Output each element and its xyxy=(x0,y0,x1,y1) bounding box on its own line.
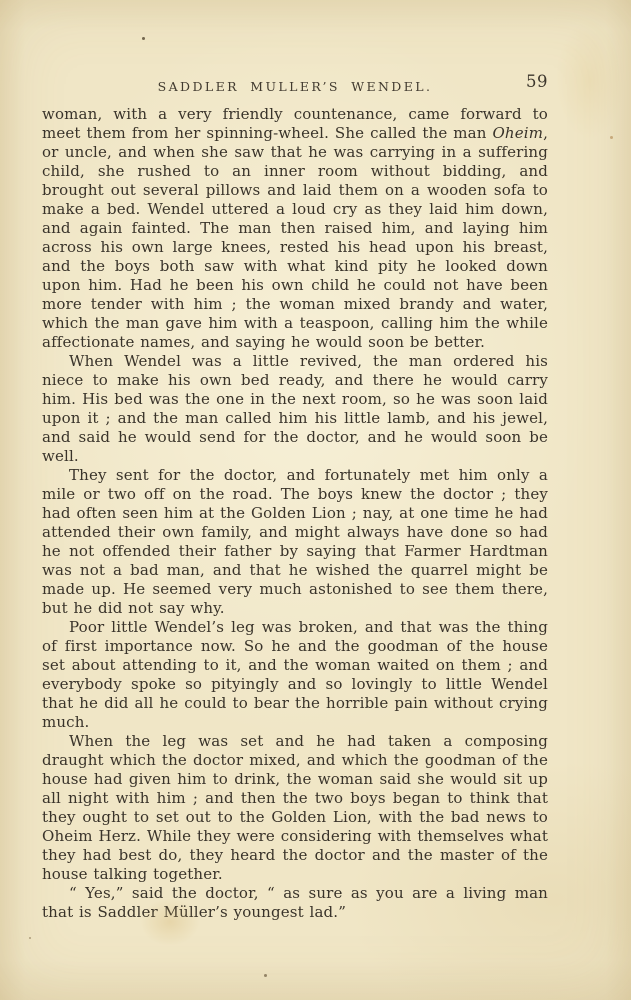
text-run: Poor little Wendel’s leg was broken, and… xyxy=(42,618,548,731)
running-title: SADDLER MULLER’S WENDEL. xyxy=(158,79,433,94)
italic-text: Oheim xyxy=(492,124,543,142)
text-run: “ Yes,” said the doctor, “ as sure as yo… xyxy=(42,884,548,921)
paper-speck xyxy=(142,37,145,40)
text-run: , or uncle, and when she saw that he was… xyxy=(42,124,548,351)
text-run: woman, with a very friendly countenance,… xyxy=(42,105,548,142)
book-page: SADDLER MULLER’S WENDEL. 59 woman, with … xyxy=(0,0,631,1000)
page-header: SADDLER MULLER’S WENDEL. 59 xyxy=(42,76,548,95)
paragraph: When Wendel was a little revived, the ma… xyxy=(42,352,548,466)
paragraph: Poor little Wendel’s leg was broken, and… xyxy=(42,618,548,732)
page-number: 59 xyxy=(526,72,548,91)
paper-speck xyxy=(29,937,31,939)
paper-speck xyxy=(610,136,613,139)
paragraph: When the leg was set and he had taken a … xyxy=(42,732,548,884)
text-run: When the leg was set and he had taken a … xyxy=(42,732,548,883)
page-body: woman, with a very friendly countenance,… xyxy=(42,105,548,922)
paper-speck xyxy=(264,974,267,977)
paragraph: “ Yes,” said the doctor, “ as sure as yo… xyxy=(42,884,548,922)
text-run: When Wendel was a little revived, the ma… xyxy=(42,352,548,465)
paper-stain xyxy=(555,20,625,140)
paragraph: woman, with a very friendly countenance,… xyxy=(42,105,548,352)
paragraph: They sent for the doctor, and fortunatel… xyxy=(42,466,548,618)
text-run: They sent for the doctor, and fortunatel… xyxy=(42,466,548,617)
